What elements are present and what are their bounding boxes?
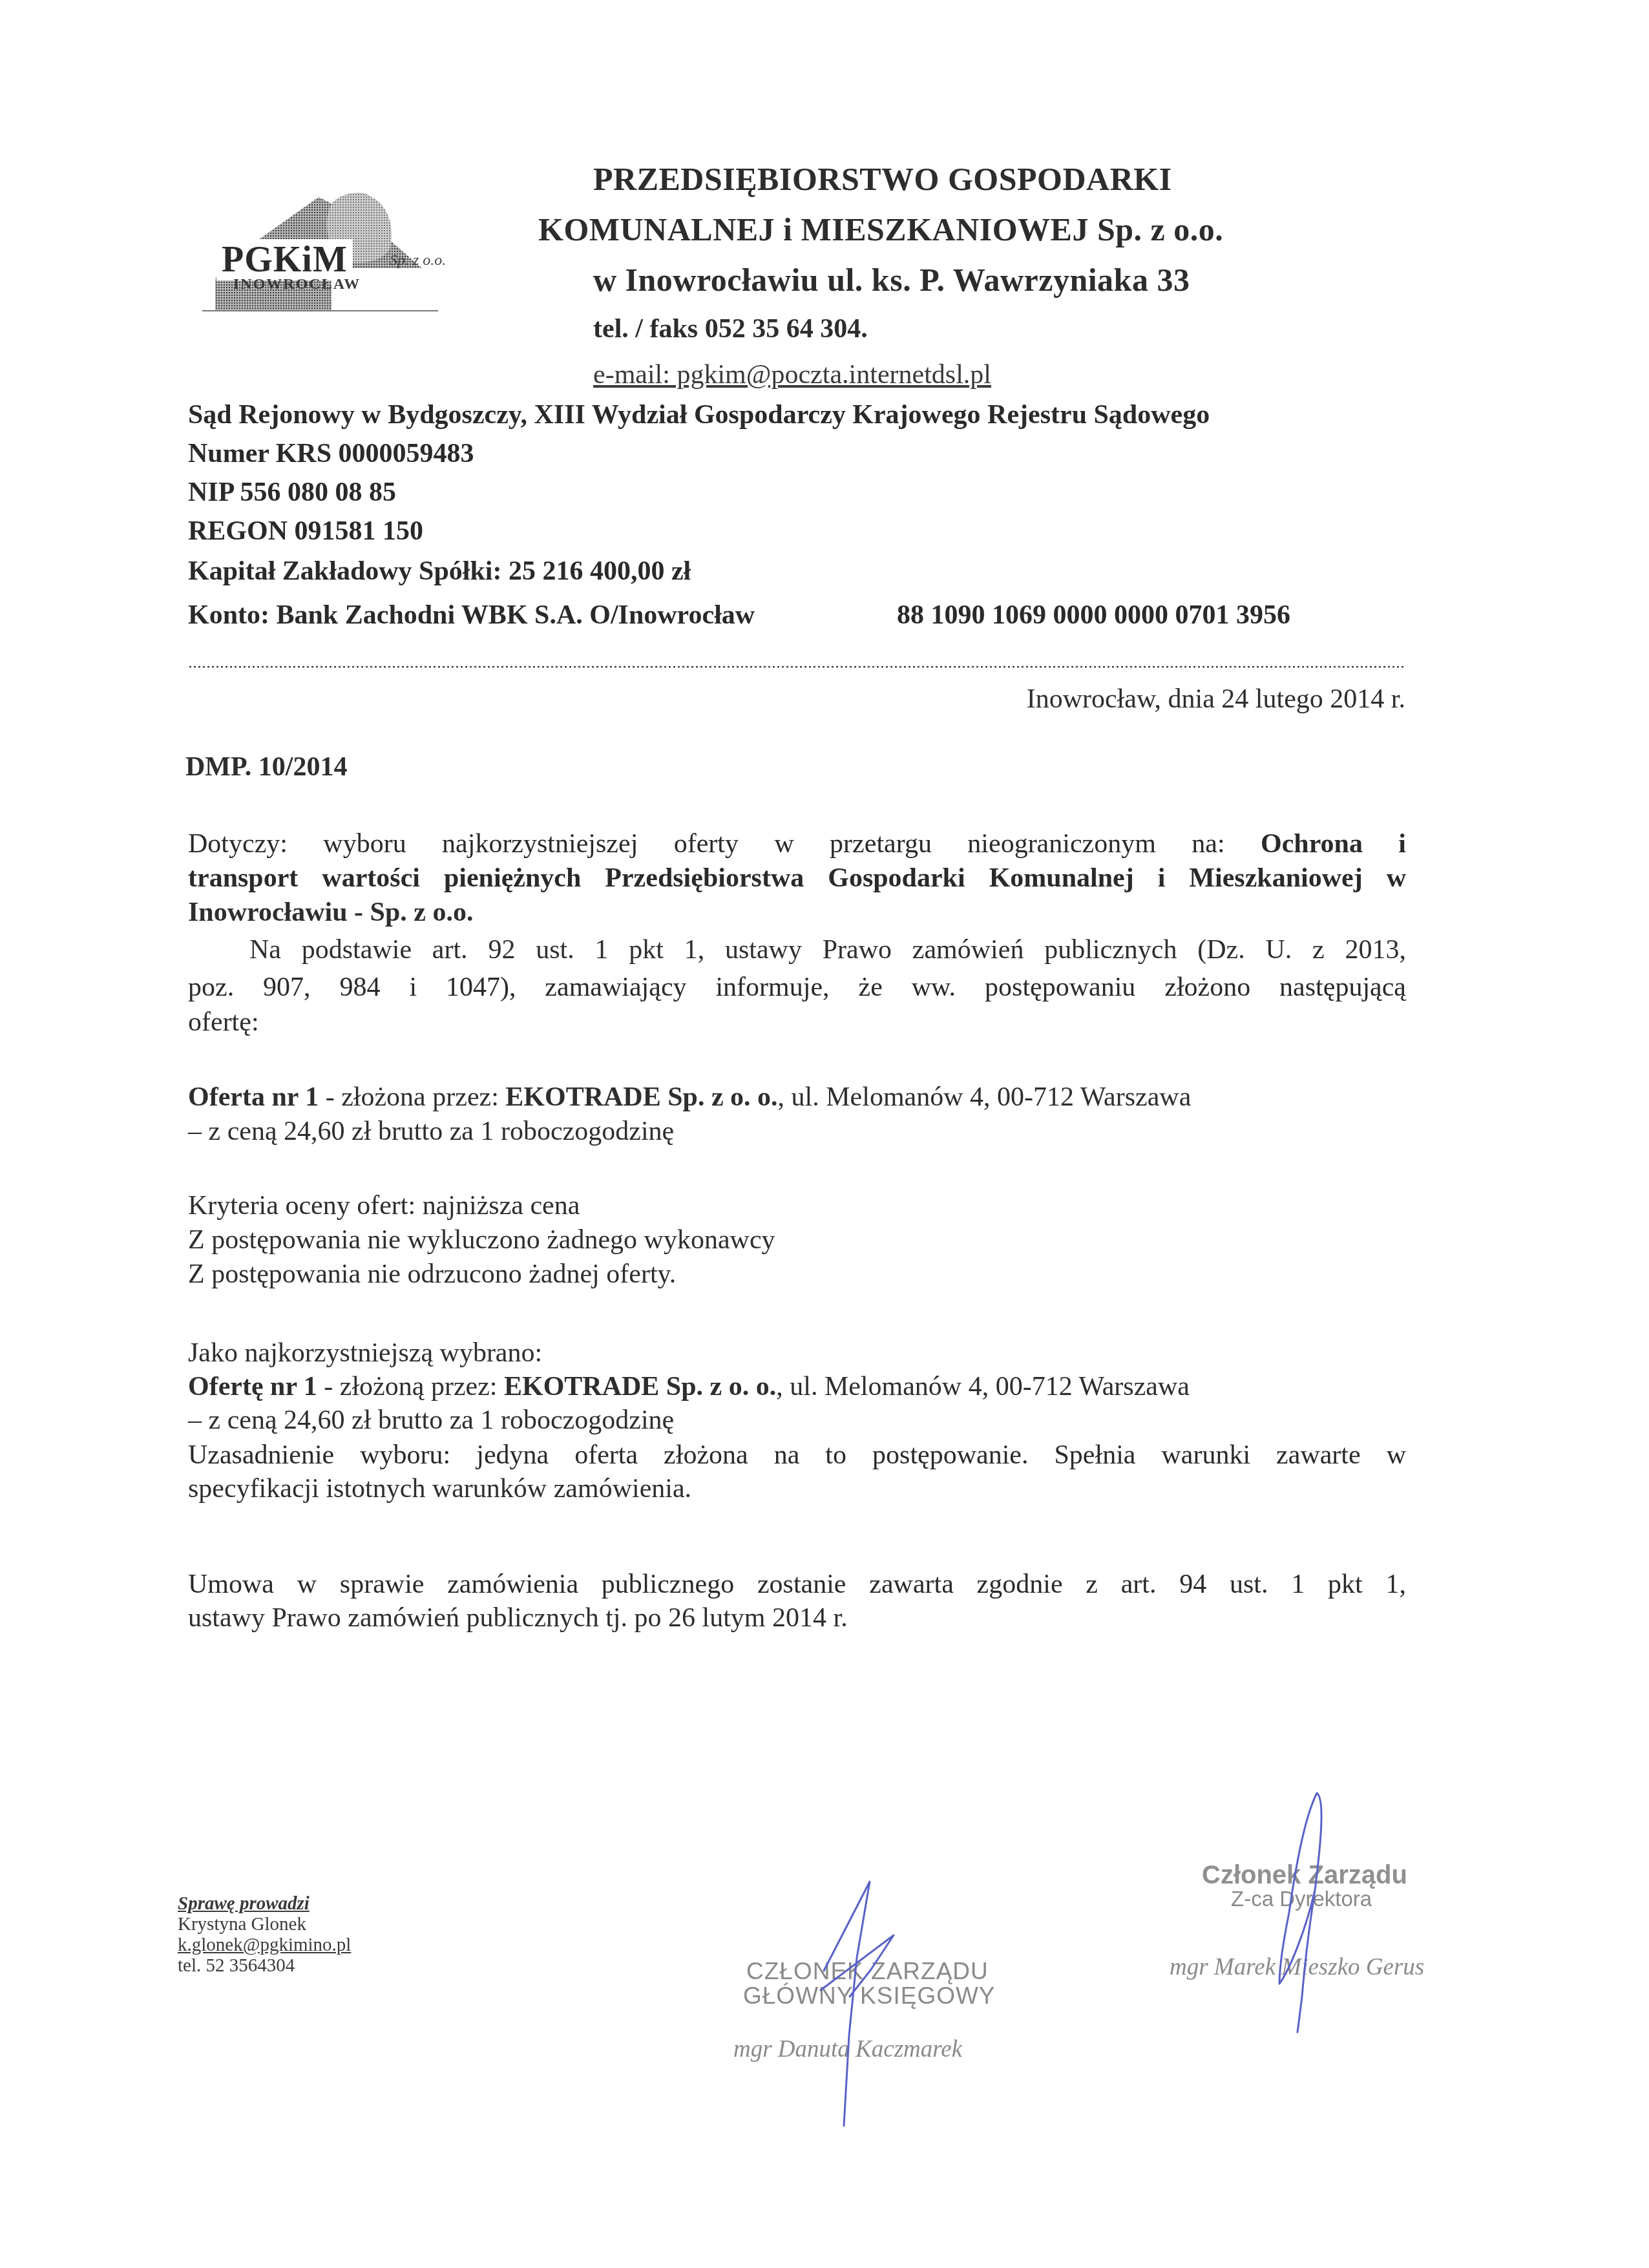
house-roof-tree-logo-icon (202, 152, 474, 320)
company-logo: PGKiM INOWROCŁAW Sp. z o.o. (202, 152, 474, 320)
selection-offer-line: Ofertę nr 1 - złożoną przez: EKOTRADE Sp… (188, 1371, 1190, 1402)
handled-by-phone: tel. 52 3564304 (178, 1955, 295, 1977)
legal-basis-line2: poz. 907, 984 i 1047), zamawiający infor… (188, 971, 1406, 1005)
signature-1-icon (711, 1842, 1098, 2132)
offer-price: – z ceną 24,60 zł brutto za 1 roboczogod… (188, 1116, 674, 1147)
court-registry: Sąd Rejonowy w Bydgoszczy, XIII Wydział … (188, 399, 1210, 430)
offer-label: Oferta nr 1 (188, 1082, 319, 1112)
selection-address: , ul. Melomanów 4, 00-712 Warszawa (776, 1372, 1190, 1402)
logo-suffix: Sp. z o.o. (390, 252, 446, 269)
offer-submitted-by: - złożona przez: (319, 1082, 505, 1112)
krs-number: Numer KRS 0000059483 (188, 438, 474, 469)
share-capital: Kapitał Zakładowy Spółki: 25 216 400,00 … (188, 556, 691, 587)
company-name-line2: KOMUNALNEJ i MIESZKANIOWEJ Sp. z o.o. (538, 211, 1223, 248)
bank-account-label: Konto: Bank Zachodni WBK S.A. O/Inowrocł… (188, 600, 755, 631)
selection-label: Ofertę nr 1 (188, 1372, 317, 1402)
company-email-link[interactable]: e-mail: pgkim@poczta.internetdsl.pl (593, 359, 991, 390)
dotted-separator (188, 666, 1406, 668)
subject-line2: transport wartości pieniężnych Przedsięb… (188, 861, 1406, 896)
subject-bold-text: Ochrona i (1261, 829, 1406, 859)
legal-basis-line3: ofertę: (188, 1007, 259, 1038)
signature-2-icon (1150, 1764, 1525, 2035)
selection-price: – z ceną 24,60 zł brutto za 1 roboczogod… (188, 1405, 674, 1436)
nip-number: NIP 556 080 08 85 (188, 477, 396, 508)
date-line: Inowrocław, dnia 24 lutego 2014 r. (1027, 684, 1405, 715)
logo-name: PGKiM (216, 239, 353, 280)
contract-line2: ustawy Prawo zamówień publicznych tj. po… (188, 1602, 848, 1633)
handled-by-name: Krystyna Glonek (178, 1914, 306, 1935)
company-phone: tel. / faks 052 35 64 304. (593, 313, 868, 344)
subject-text: Dotyczy: wyboru najkorzystniejszej ofert… (188, 829, 1225, 859)
reference-number: DMP. 10/2014 (185, 751, 347, 782)
handled-by-email-link[interactable]: k.glonek@pgkimino.pl (178, 1935, 351, 1956)
selection-company: EKOTRADE Sp. z o. o. (504, 1372, 776, 1402)
subject-line3: Inowrocławiu - Sp. z o.o. (188, 897, 473, 928)
bank-account-number: 88 1090 1069 0000 0000 0701 3956 (897, 600, 1290, 631)
regon-number: REGON 091581 150 (188, 516, 423, 547)
logo-city: INOWROCŁAW (233, 276, 361, 293)
criteria-line: Z postępowania nie odrzucono żadnej ofer… (188, 1259, 676, 1290)
selection-submitted-by: - złożoną przez: (317, 1372, 504, 1402)
logo-divider (202, 310, 438, 311)
handled-by-title: Sprawę prowadzi (178, 1893, 310, 1915)
contract-line1: Umowa w sprawie zamówienia publicznego z… (188, 1568, 1406, 1602)
selection-justification-line1: Uzasadnienie wyboru: jedyna oferta złożo… (188, 1438, 1406, 1473)
offer-address: , ul. Melomanów 4, 00-712 Warszawa (778, 1082, 1192, 1112)
criteria-line: Z postępowania nie wykluczono żadnego wy… (188, 1224, 775, 1255)
offer-line: Oferta nr 1 - złożona przez: EKOTRADE Sp… (188, 1082, 1191, 1113)
selection-justification-line2: specyfikacji istotnych warunków zamówien… (188, 1473, 691, 1504)
offer-company: EKOTRADE Sp. z o. o. (505, 1082, 777, 1112)
company-name-line1: PRZEDSIĘBIORSTWO GOSPODARKI (593, 160, 1172, 198)
subject-line1: Dotyczy: wyboru najkorzystniejszej ofert… (188, 827, 1406, 861)
legal-basis-line1: Na podstawie art. 92 ust. 1 pkt 1, ustaw… (249, 934, 1406, 965)
criteria-line: Kryteria oceny ofert: najniższa cena (188, 1190, 580, 1221)
company-address: w Inowrocławiu ul. ks. P. Wawrzyniaka 33 (593, 261, 1190, 299)
selection-intro: Jako najkorzystniejszą wybrano: (188, 1338, 542, 1369)
